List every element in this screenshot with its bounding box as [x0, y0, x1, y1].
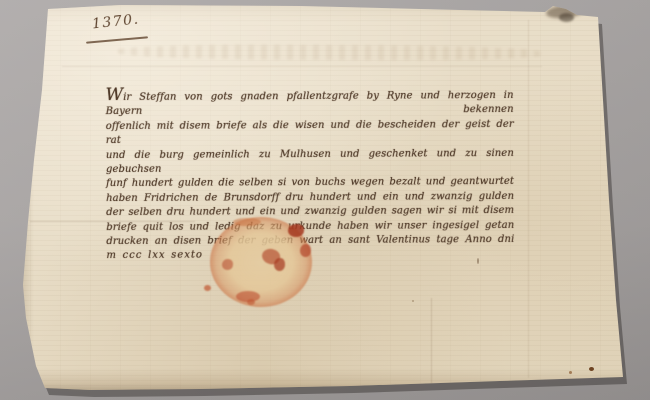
- wax-seal-blob: [274, 258, 285, 271]
- manuscript-paper: 1370. Wir Steffan von gots gnaden pfalle…: [0, 0, 650, 400]
- paper-tear-notch: [559, 13, 574, 22]
- fold-crease: [62, 66, 542, 67]
- ink-speck: [477, 258, 479, 264]
- ink-speck: [589, 367, 594, 371]
- manuscript-line: Wir Steffan von gots gnaden pfallentzgra…: [106, 85, 514, 120]
- wax-seal-blob: [288, 224, 304, 237]
- wax-seal-blob: [233, 218, 261, 226]
- wax-seal: [210, 217, 312, 307]
- photo-background: 1370. Wir Steffan von gots gnaden pfalle…: [0, 0, 650, 400]
- archival-date-annotation: 1370.: [91, 13, 140, 32]
- fold-crease: [431, 298, 432, 388]
- ink-speck: [412, 300, 414, 302]
- annotation-underline: [86, 36, 148, 43]
- fold-crease: [528, 20, 529, 378]
- wax-seal-blob: [222, 259, 233, 270]
- ink-speck: [569, 371, 572, 374]
- ink-showthrough-band: [118, 44, 542, 61]
- fold-crease: [30, 221, 195, 222]
- manuscript-line: offenlich mit disem briefe als die wisen…: [106, 118, 514, 149]
- wax-seal-blob: [204, 285, 211, 291]
- paper-left-edge-shading: [18, 0, 34, 400]
- wax-seal-blob: [300, 244, 311, 257]
- wax-seal-blob: [247, 299, 255, 305]
- manuscript-line: und die burg gemeinlich zu Mulhusen und …: [106, 147, 514, 178]
